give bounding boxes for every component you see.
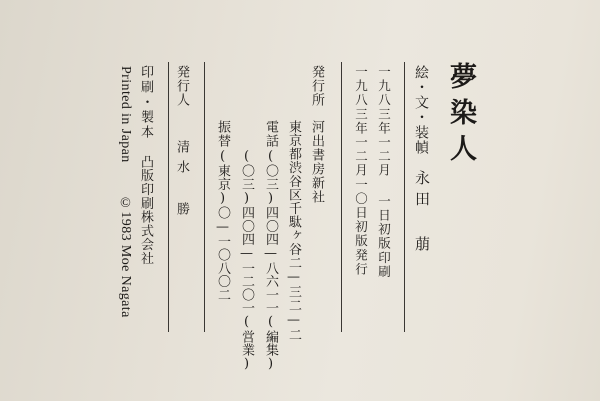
divider-rule — [341, 62, 342, 332]
divider-rule — [404, 62, 405, 332]
phone-editorial: (〇三)四〇四—八六一一(編集) — [264, 149, 277, 372]
credit-label: 絵・文・装幀 — [414, 65, 428, 155]
transfer-label: 振替 — [216, 120, 229, 148]
divider-rule — [168, 62, 169, 332]
issuer-name: 清水 勝 — [175, 140, 188, 222]
printed-in-japan: Printed in Japan — [118, 66, 132, 163]
phone-sales: (〇三)四〇四—一二〇一(営業) — [240, 149, 253, 372]
printing-date: 一九八三年一二月 一日初版印刷 — [377, 65, 390, 279]
printer-name: 凸版印刷株式会社 — [139, 155, 152, 265]
transfer-account: (東京)〇—一〇八〇二 — [216, 149, 229, 301]
publisher-label: 発行所 — [310, 65, 323, 107]
publisher-name: 河出書房新社 — [310, 120, 323, 204]
printer-label: 印刷・製本 — [139, 65, 152, 140]
book-title: 夢染人 — [447, 62, 474, 170]
divider-rule — [204, 62, 205, 332]
issuer-label: 発行人 — [175, 65, 188, 107]
copyright: ©1983 Moe Nagata — [118, 196, 132, 318]
publisher-address: 東京都渋谷区千駄ヶ谷二—三二—二 — [287, 120, 300, 342]
author-name: 永田 萠 — [414, 170, 429, 257]
publication-date: 一九八三年一二月一〇日初版発行 — [354, 65, 367, 277]
phone-label: 電話 — [264, 120, 277, 148]
